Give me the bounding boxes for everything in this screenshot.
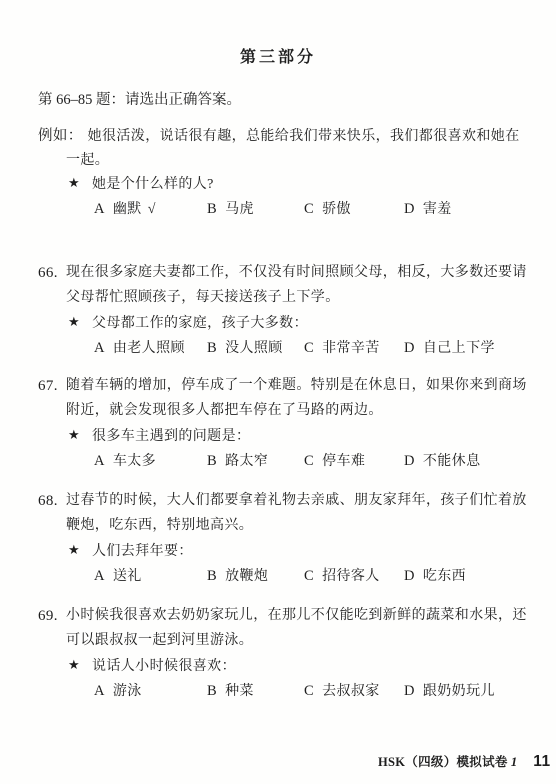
option-letter: D xyxy=(404,453,415,469)
options-row: A车太多 B路太窄 C停车难 D不能休息 xyxy=(94,450,554,470)
sub-question: ★ 说话人小时候很喜欢： xyxy=(68,656,236,677)
sub-question-text: 父母都工作的家庭，孩子大多数： xyxy=(92,316,308,331)
option-letter: A xyxy=(94,201,105,217)
option-text: 吃东西 xyxy=(423,569,466,584)
option-text: 放鞭炮 xyxy=(225,569,268,584)
option-letter: A xyxy=(94,683,105,699)
option-letter: A xyxy=(94,453,105,469)
option-b: B放鞭炮 xyxy=(207,565,268,585)
question-number: 67. xyxy=(38,376,58,396)
passage-line: 现在很多家庭夫妻都工作，不仅没有时间照顾父母，相反，大多数还要请 xyxy=(66,263,527,283)
example-options-row: A幽默√ B马虎 C骄傲 D害羞 xyxy=(94,198,554,218)
sub-question: ★ 很多车主遇到的问题是： xyxy=(68,426,250,447)
passage-line: 鞭炮，吃东西，特别地高兴。 xyxy=(66,516,253,536)
option-d: D跟奶奶玩儿 xyxy=(404,680,495,700)
option-letter: D xyxy=(404,568,415,584)
option-d: D自己上下学 xyxy=(404,337,495,357)
option-c: C非常辛苦 xyxy=(304,337,380,357)
option-text: 不能休息 xyxy=(423,454,481,469)
option-b: B种菜 xyxy=(207,680,254,700)
option-text: 自己上下学 xyxy=(423,341,495,356)
option-text: 停车难 xyxy=(322,454,365,469)
options-row: A送礼 B放鞭炮 C招待客人 D吃东西 xyxy=(94,565,554,585)
example-sub-question: ★ 她是个什么样的人? xyxy=(68,174,214,195)
star-icon: ★ xyxy=(68,542,80,557)
exam-page: 第三部分 第 66–85 题：请选出正确答案。 例如： 她很活泼，说话很有趣，总… xyxy=(0,0,556,784)
option-text: 跟奶奶玩儿 xyxy=(423,684,495,699)
option-text: 送礼 xyxy=(113,569,142,584)
option-text: 非常辛苦 xyxy=(322,341,380,356)
passage-line: 可以跟叔叔一起到河里游泳。 xyxy=(66,631,253,651)
option-letter: A xyxy=(94,568,105,584)
option-text: 害羞 xyxy=(423,202,452,217)
option-letter: C xyxy=(304,201,314,217)
option-b: B路太窄 xyxy=(207,450,268,470)
sub-question-text: 人们去拜年要： xyxy=(92,544,193,559)
option-text: 车太多 xyxy=(113,454,156,469)
option-c: C去叔叔家 xyxy=(304,680,380,700)
option-d: D害羞 xyxy=(404,198,452,218)
example-line-1: 例如： 她很活泼，说话很有趣，总能给我们带来快乐，我们都很喜欢和她在 xyxy=(38,126,520,147)
question-number: 69. xyxy=(38,606,58,626)
option-c: C停车难 xyxy=(304,450,365,470)
check-mark-icon: √ xyxy=(148,202,156,217)
option-letter: D xyxy=(404,683,415,699)
option-letter: C xyxy=(304,340,314,356)
option-letter: A xyxy=(94,340,105,356)
option-letter: B xyxy=(207,568,217,584)
options-row: A游泳 B种菜 C去叔叔家 D跟奶奶玩儿 xyxy=(94,680,554,700)
sub-question: ★ 父母都工作的家庭，孩子大多数： xyxy=(68,313,308,334)
options-row: A由老人照顾 B没人照顾 C非常辛苦 D自己上下学 xyxy=(94,337,554,357)
page-number: 11 xyxy=(533,753,550,771)
option-letter: B xyxy=(207,683,217,699)
option-a: A送礼 xyxy=(94,565,142,585)
option-text: 路太窄 xyxy=(225,454,268,469)
option-a: A车太多 xyxy=(94,450,156,470)
star-icon: ★ xyxy=(68,175,80,190)
option-text: 游泳 xyxy=(113,684,142,699)
option-text: 由老人照顾 xyxy=(113,341,185,356)
option-text: 种菜 xyxy=(225,684,254,699)
option-text: 骄傲 xyxy=(322,202,351,217)
option-text: 马虎 xyxy=(225,202,254,217)
option-letter: C xyxy=(304,453,314,469)
star-icon: ★ xyxy=(68,657,80,672)
footer-volume: 1 xyxy=(511,754,518,770)
option-a: A由老人照顾 xyxy=(94,337,185,357)
question-number: 66. xyxy=(38,263,58,283)
option-text: 招待客人 xyxy=(322,569,380,584)
example-label: 例如： xyxy=(38,128,83,144)
option-text: 去叔叔家 xyxy=(322,684,380,699)
option-letter: C xyxy=(304,568,314,584)
option-b: B没人照顾 xyxy=(207,337,283,357)
sub-question-text: 她是个什么样的人? xyxy=(92,177,214,192)
section-title: 第三部分 xyxy=(0,44,556,67)
instruction: 第 66–85 题：请选出正确答案。 xyxy=(38,88,241,109)
option-letter: B xyxy=(207,453,217,469)
star-icon: ★ xyxy=(68,427,80,442)
passage-line: 过春节的时候，大人们都要拿着礼物去亲戚、朋友家拜年，孩子们忙着放 xyxy=(66,491,527,511)
passage-line: 父母帮忙照顾孩子，每天接送孩子上下学。 xyxy=(66,288,340,308)
option-b: B马虎 xyxy=(207,198,254,218)
option-c: C骄傲 xyxy=(304,198,351,218)
passage-line: 附近，就会发现很多人都把车停在了马路的两边。 xyxy=(66,401,383,421)
sub-question-text: 很多车主遇到的问题是： xyxy=(92,429,250,444)
passage-line: 小时候我很喜欢去奶奶家玩儿，在那儿不仅能吃到新鲜的蔬菜和水果，还 xyxy=(66,606,527,626)
option-d: D吃东西 xyxy=(404,565,466,585)
option-text: 没人照顾 xyxy=(225,341,283,356)
option-c: C招待客人 xyxy=(304,565,380,585)
passage-line: 随着车辆的增加，停车成了一个难题。特别是在休息日，如果你来到商场 xyxy=(66,376,527,396)
option-letter: C xyxy=(304,683,314,699)
star-icon: ★ xyxy=(68,314,80,329)
example-passage: 她很活泼，说话很有趣，总能给我们带来快乐，我们都很喜欢和她在 xyxy=(88,129,520,144)
question-number: 68. xyxy=(38,491,58,511)
sub-question-text: 说话人小时候很喜欢： xyxy=(92,659,236,674)
footer: HSK（四级）模拟试卷 1 11 xyxy=(378,752,551,771)
option-letter: D xyxy=(404,201,415,217)
option-d: D不能休息 xyxy=(404,450,480,470)
footer-series: HSK（四级）模拟试卷 xyxy=(378,752,508,770)
option-a: A游泳 xyxy=(94,680,142,700)
option-letter: B xyxy=(207,340,217,356)
option-text: 幽默 xyxy=(113,202,142,217)
option-letter: B xyxy=(207,201,217,217)
example-line-2: 一起。 xyxy=(66,151,109,171)
option-letter: D xyxy=(404,340,415,356)
sub-question: ★ 人们去拜年要： xyxy=(68,541,193,562)
option-a: A幽默√ xyxy=(94,198,156,218)
